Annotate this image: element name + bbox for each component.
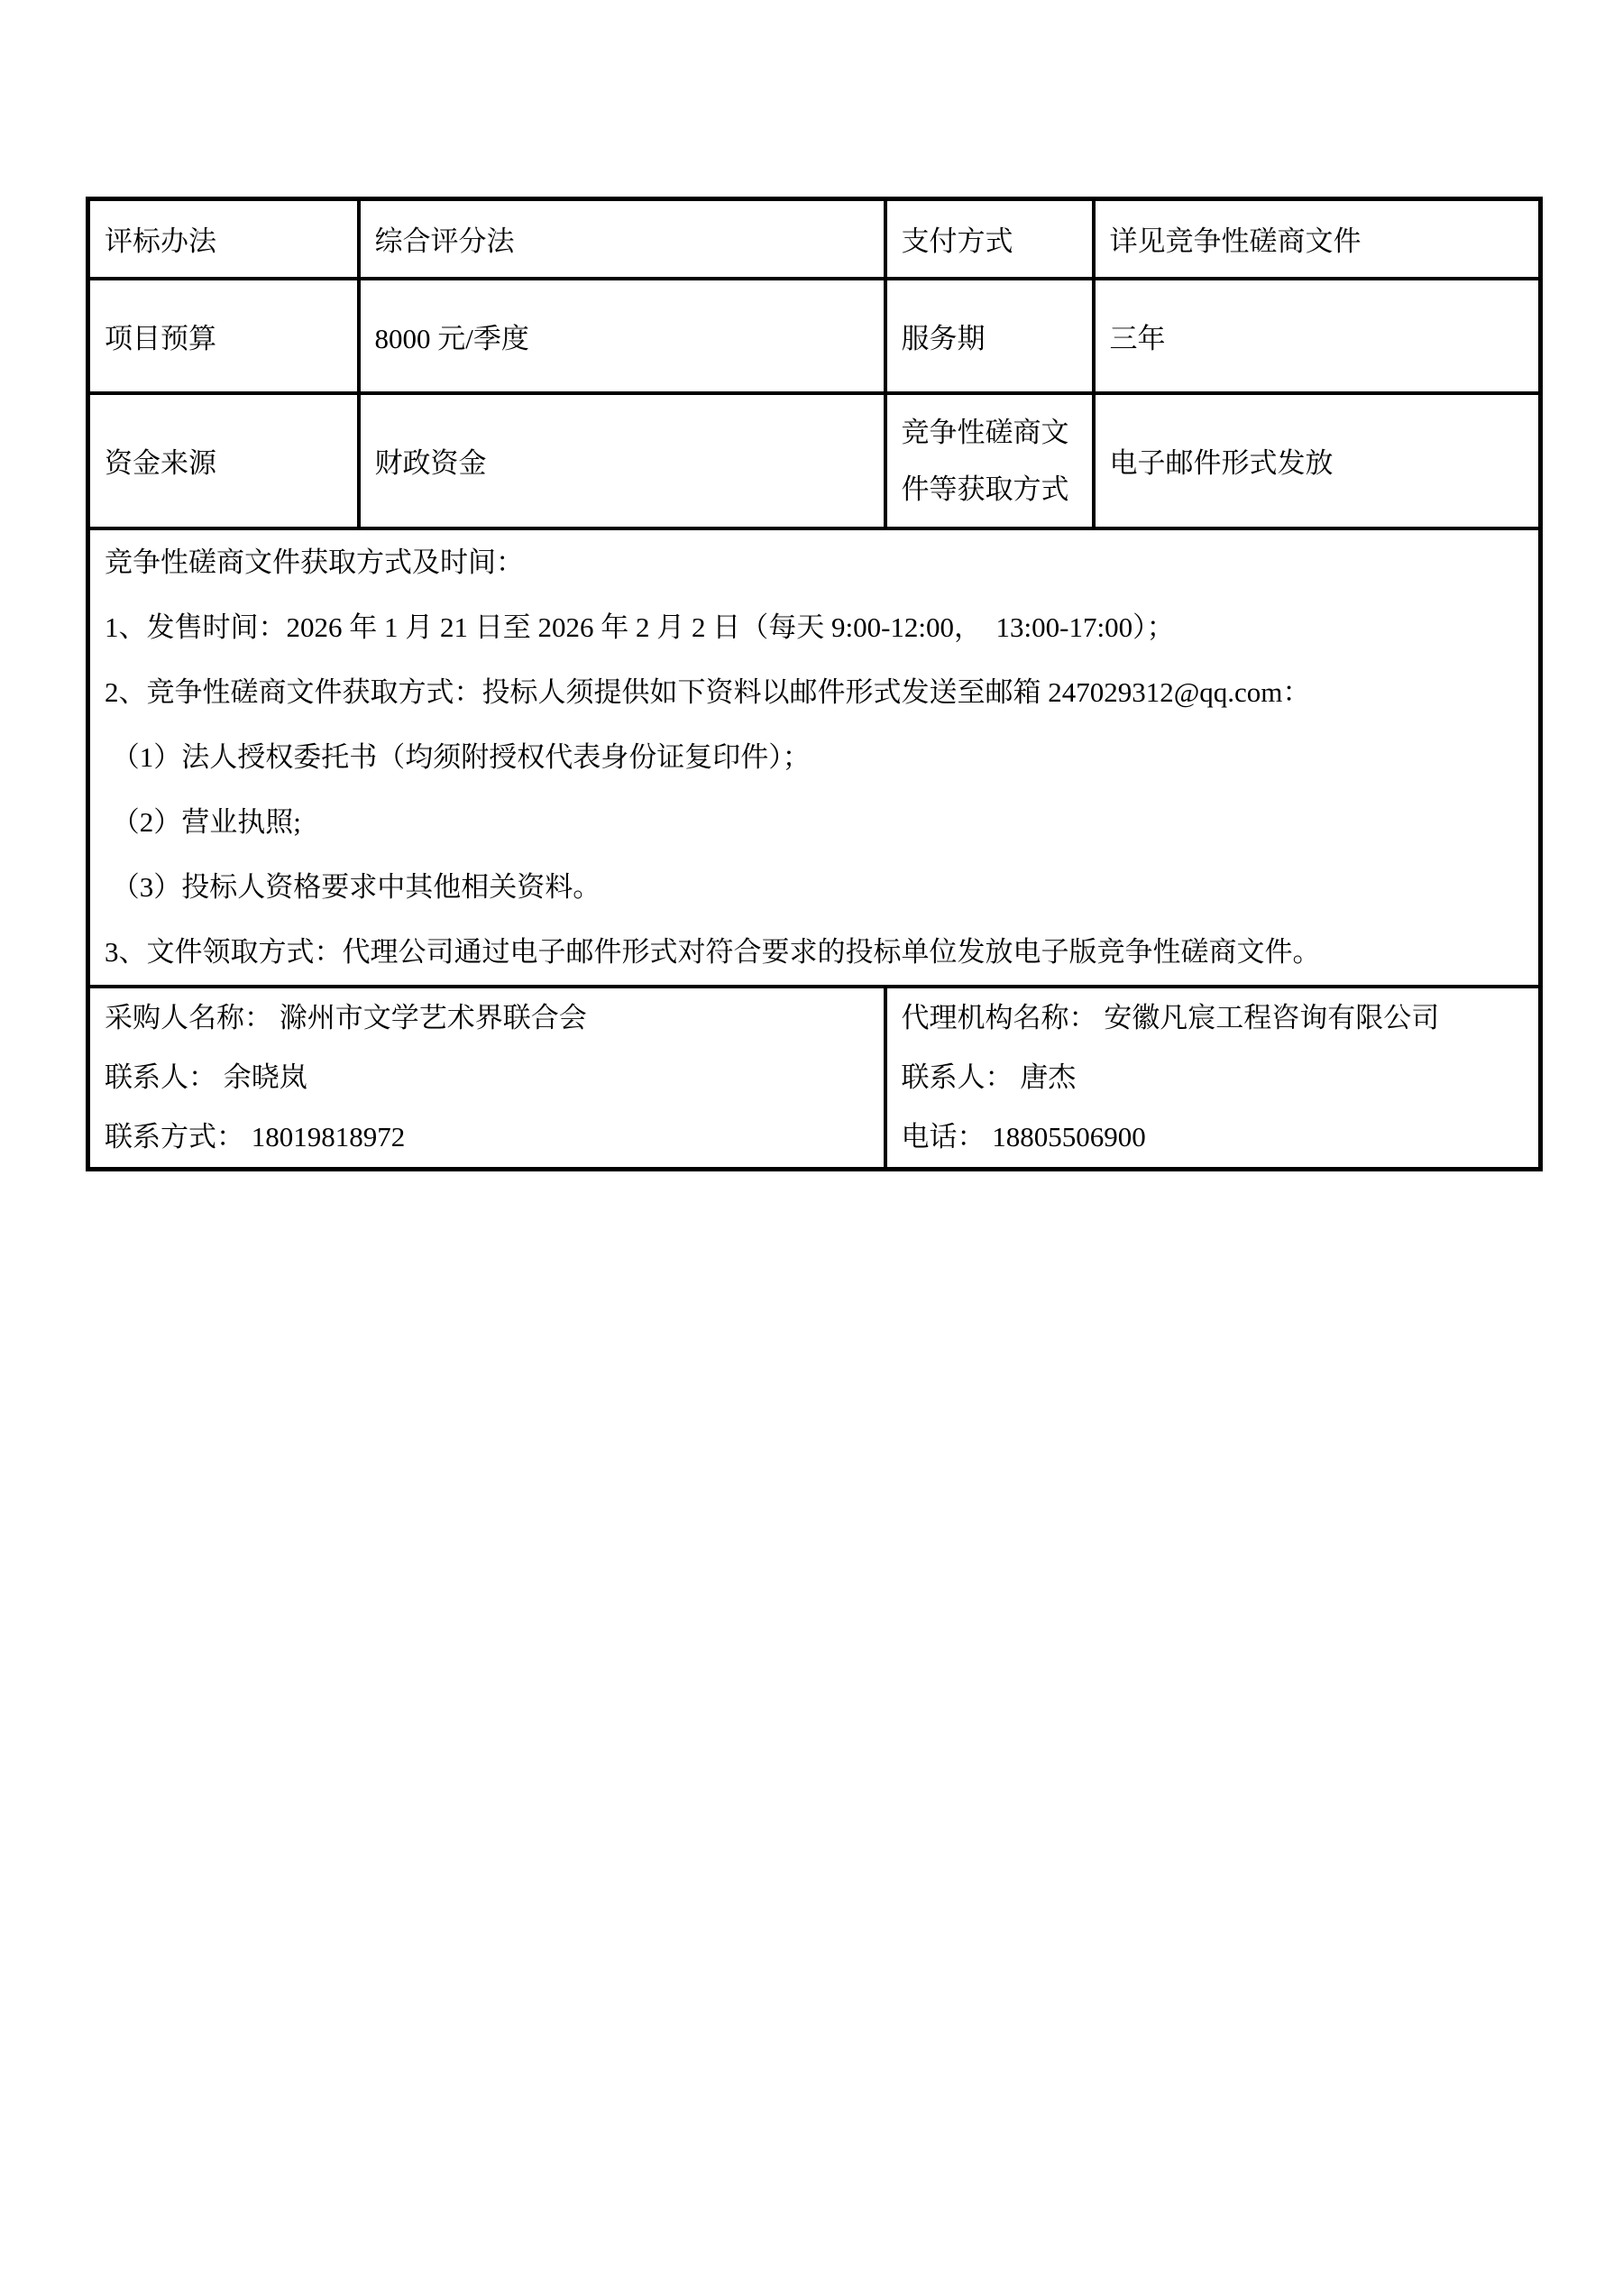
eval-method-value-cell: 综合评分法 [359, 199, 885, 279]
notice-line-other-materials: （3）投标人资格要求中其他相关资料。 [105, 855, 1533, 920]
table-row: 项目预算 8000 元/季度 服务期 三年 [88, 279, 1541, 393]
notice-line-obtain-method: 2、竞争性磋商文件获取方式：投标人须提供如下资料以邮件形式发送至邮箱 24702… [105, 660, 1533, 725]
purchaser-contact-cell: 采购人名称： 滁州市文学艺术界联合会 联系人： 余晓岚 联系方式： 180198… [88, 987, 885, 1170]
purchaser-contact-person: 联系人： 余晓岚 [105, 1048, 878, 1107]
table-row: 采购人名称： 滁州市文学艺术界联合会 联系人： 余晓岚 联系方式： 180198… [88, 987, 1541, 1170]
table-row: 评标办法 综合评分法 支付方式 详见竞争性磋商文件 [88, 199, 1541, 279]
service-period-label-cell: 服务期 [885, 279, 1094, 393]
funding-source-value-cell: 财政资金 [359, 393, 885, 528]
table-row: 资金来源 财政资金 竞争性磋商文件等获取方式 电子邮件形式发放 [88, 393, 1541, 528]
notice-title: 竞争性磋商文件获取方式及时间： [105, 530, 1533, 595]
document-obtain-method-label-cell: 竞争性磋商文件等获取方式 [885, 393, 1094, 528]
purchaser-phone: 联系方式： 18019818972 [105, 1107, 878, 1167]
document-obtain-notice-cell: 竞争性磋商文件获取方式及时间： 1、发售时间：2026 年 1 月 21 日至 … [88, 528, 1541, 987]
eval-method-label-cell: 评标办法 [88, 199, 359, 279]
service-period-value-cell: 三年 [1094, 279, 1541, 393]
agency-phone: 电话： 18805506900 [902, 1107, 1534, 1167]
procurement-info-table: 评标办法 综合评分法 支付方式 详见竞争性磋商文件 项目预算 8000 元/季度… [86, 197, 1543, 1171]
notice-line-authorization: （1）法人授权委托书（均须附授权代表身份证复印件）； [105, 725, 1533, 790]
agency-contact-person: 联系人： 唐杰 [902, 1048, 1534, 1107]
notice-line-sale-time: 1、发售时间：2026 年 1 月 21 日至 2026 年 2 月 2 日（每… [105, 595, 1533, 660]
purchaser-name: 采购人名称： 滁州市文学艺术界联合会 [105, 988, 878, 1048]
project-budget-label-cell: 项目预算 [88, 279, 359, 393]
agency-contact-cell: 代理机构名称： 安徽凡宸工程咨询有限公司 联系人： 唐杰 电话： 1880550… [885, 987, 1541, 1170]
table-row: 竞争性磋商文件获取方式及时间： 1、发售时间：2026 年 1 月 21 日至 … [88, 528, 1541, 987]
funding-source-label-cell: 资金来源 [88, 393, 359, 528]
agency-name: 代理机构名称： 安徽凡宸工程咨询有限公司 [902, 988, 1534, 1048]
notice-line-delivery-method: 3、文件领取方式：代理公司通过电子邮件形式对符合要求的投标单位发放电子版竞争性磋… [105, 920, 1533, 985]
payment-method-label-cell: 支付方式 [885, 199, 1094, 279]
payment-method-value-cell: 详见竞争性磋商文件 [1094, 199, 1541, 279]
notice-line-business-license: （2）营业执照; [105, 790, 1533, 855]
document-obtain-method-value-cell: 电子邮件形式发放 [1094, 393, 1541, 528]
project-budget-value-cell: 8000 元/季度 [359, 279, 885, 393]
